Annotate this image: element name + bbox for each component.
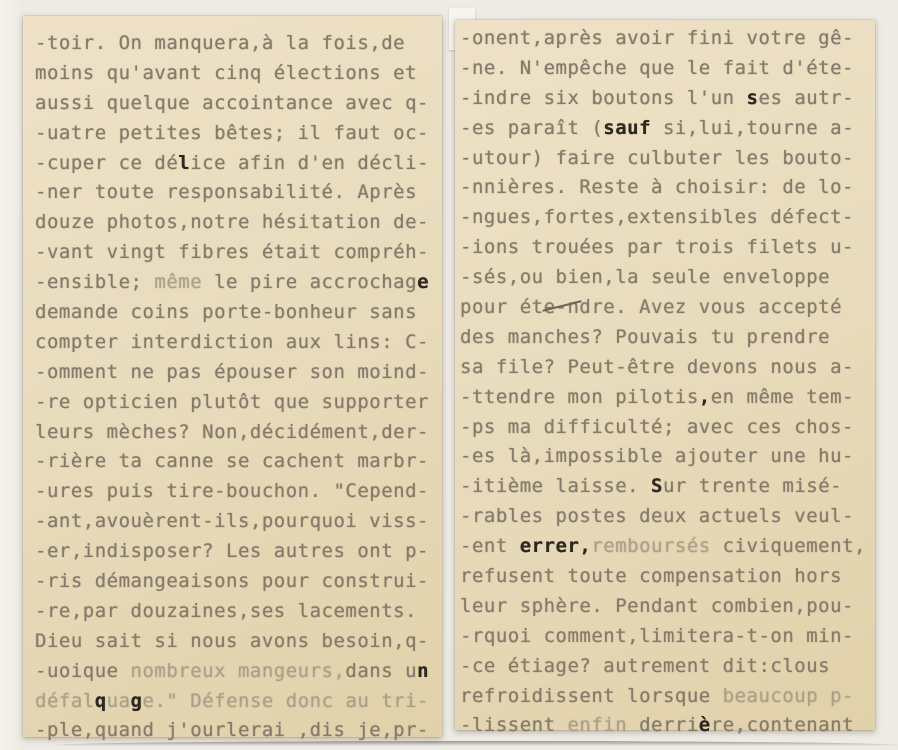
text-line: -indre six boutons l'un ses autr-: [460, 84, 875, 114]
text-line: défalquage." Défense donc au tri-: [35, 687, 442, 717]
text-line: -rquoi comment,limitera-t-on min-: [460, 622, 875, 652]
text-line: -ple,quand j'ourlerai ,dis je,pr-: [35, 716, 442, 746]
text-line: -es là,impossible ajouter une hu-: [460, 442, 875, 472]
text-line: pour éte-ndre. Avez vous accepté: [460, 293, 875, 323]
text-line: -ngues,fortes,extensibles défect-: [460, 203, 875, 233]
text-line: -ps ma difficulté; avec ces chos-: [460, 413, 875, 443]
text-line: aussi quelque accointance avec q-: [35, 89, 442, 119]
text-line: -onent,après avoir fini votre gê-: [460, 24, 875, 54]
text-line: sa file? Peut-être devons nous a-: [460, 353, 875, 383]
text-line: refroidissent lorsque beaucoup p-: [460, 682, 875, 712]
left-page-text: -toir. On manquera,à la fois,demoins qu'…: [23, 16, 442, 737]
text-line: -rière ta canne se cachent marbr-: [35, 447, 442, 477]
text-line: -itième laisse. Sur trente misé-: [460, 472, 875, 502]
text-line: compter interdiction aux lins: C-: [35, 328, 442, 358]
text-line: -toir. On manquera,à la fois,de: [35, 29, 442, 59]
text-line: -rables postes deux actuels veul-: [460, 502, 875, 532]
text-line: -ne. N'empêche que le fait d'éte-: [460, 54, 875, 84]
photo-background: -toir. On manquera,à la fois,demoins qu'…: [0, 0, 898, 750]
text-line: -vant vingt fibres était compréh-: [35, 238, 442, 268]
text-line: -re opticien plutôt que supporter: [35, 388, 442, 418]
text-line: -uatre petites bêtes; il faut oc-: [35, 119, 442, 149]
text-line: -er,indisposer? Les autres ont p-: [35, 537, 442, 567]
text-line: -es paraît (sauf si,lui,tourne a-: [460, 114, 875, 144]
text-line: douze photos,notre hésitation de-: [35, 208, 442, 238]
text-line: -ions trouées par trois filets u-: [460, 233, 875, 263]
text-line: des manches? Pouvais tu prendre: [460, 323, 875, 353]
text-line: -ris démangeaisons pour construi-: [35, 567, 442, 597]
text-line: -re,par douzaines,ses lacements.: [35, 597, 442, 627]
text-line: -ce étiage? autrement dit:clous: [460, 652, 875, 682]
text-line: Dieu sait si nous avons besoin,q-: [35, 627, 442, 657]
text-line: -lissent enfin derrière,contenant: [460, 711, 875, 741]
left-page: -toir. On manquera,à la fois,demoins qu'…: [23, 16, 442, 737]
right-page: -onent,après avoir fini votre gê--ne. N'…: [455, 20, 875, 730]
text-line: leur sphère. Pendant combien,pou-: [460, 592, 875, 622]
text-line: -ent errer,remboursés civiquement,: [460, 532, 875, 562]
text-line: -uoique nombreux mangeurs,dans un: [35, 657, 442, 687]
text-line: moins qu'avant cinq élections et: [35, 59, 442, 89]
text-line: refusent toute compensation hors: [460, 562, 875, 592]
text-line: -sés,ou bien,la seule enveloppe: [460, 263, 875, 293]
right-page-text: -onent,après avoir fini votre gê--ne. N'…: [455, 20, 875, 730]
text-line: demande coins porte-bonheur sans: [35, 298, 442, 328]
text-line: -ner toute responsabilité. Après: [35, 178, 442, 208]
text-line: -ttendre mon pilotis,en même tem-: [460, 383, 875, 413]
text-line: -ensible; même le pire accrochage: [35, 268, 442, 298]
text-line: -omment ne pas épouser son moind-: [35, 358, 442, 388]
text-line: -ant,avouèrent-ils,pourquoi viss-: [35, 507, 442, 537]
text-line: leurs mèches? Non,décidément,der-: [35, 418, 442, 448]
text-line: -cuper ce délice afin d'en décli-: [35, 149, 442, 179]
text-line: -utour) faire culbuter les bouto-: [460, 144, 875, 174]
mat-left-edge: [0, 0, 23, 750]
text-line: -nnières. Reste à choisir: de lo-: [460, 173, 875, 203]
text-line: -ures puis tire-bouchon. "Cepend-: [35, 477, 442, 507]
